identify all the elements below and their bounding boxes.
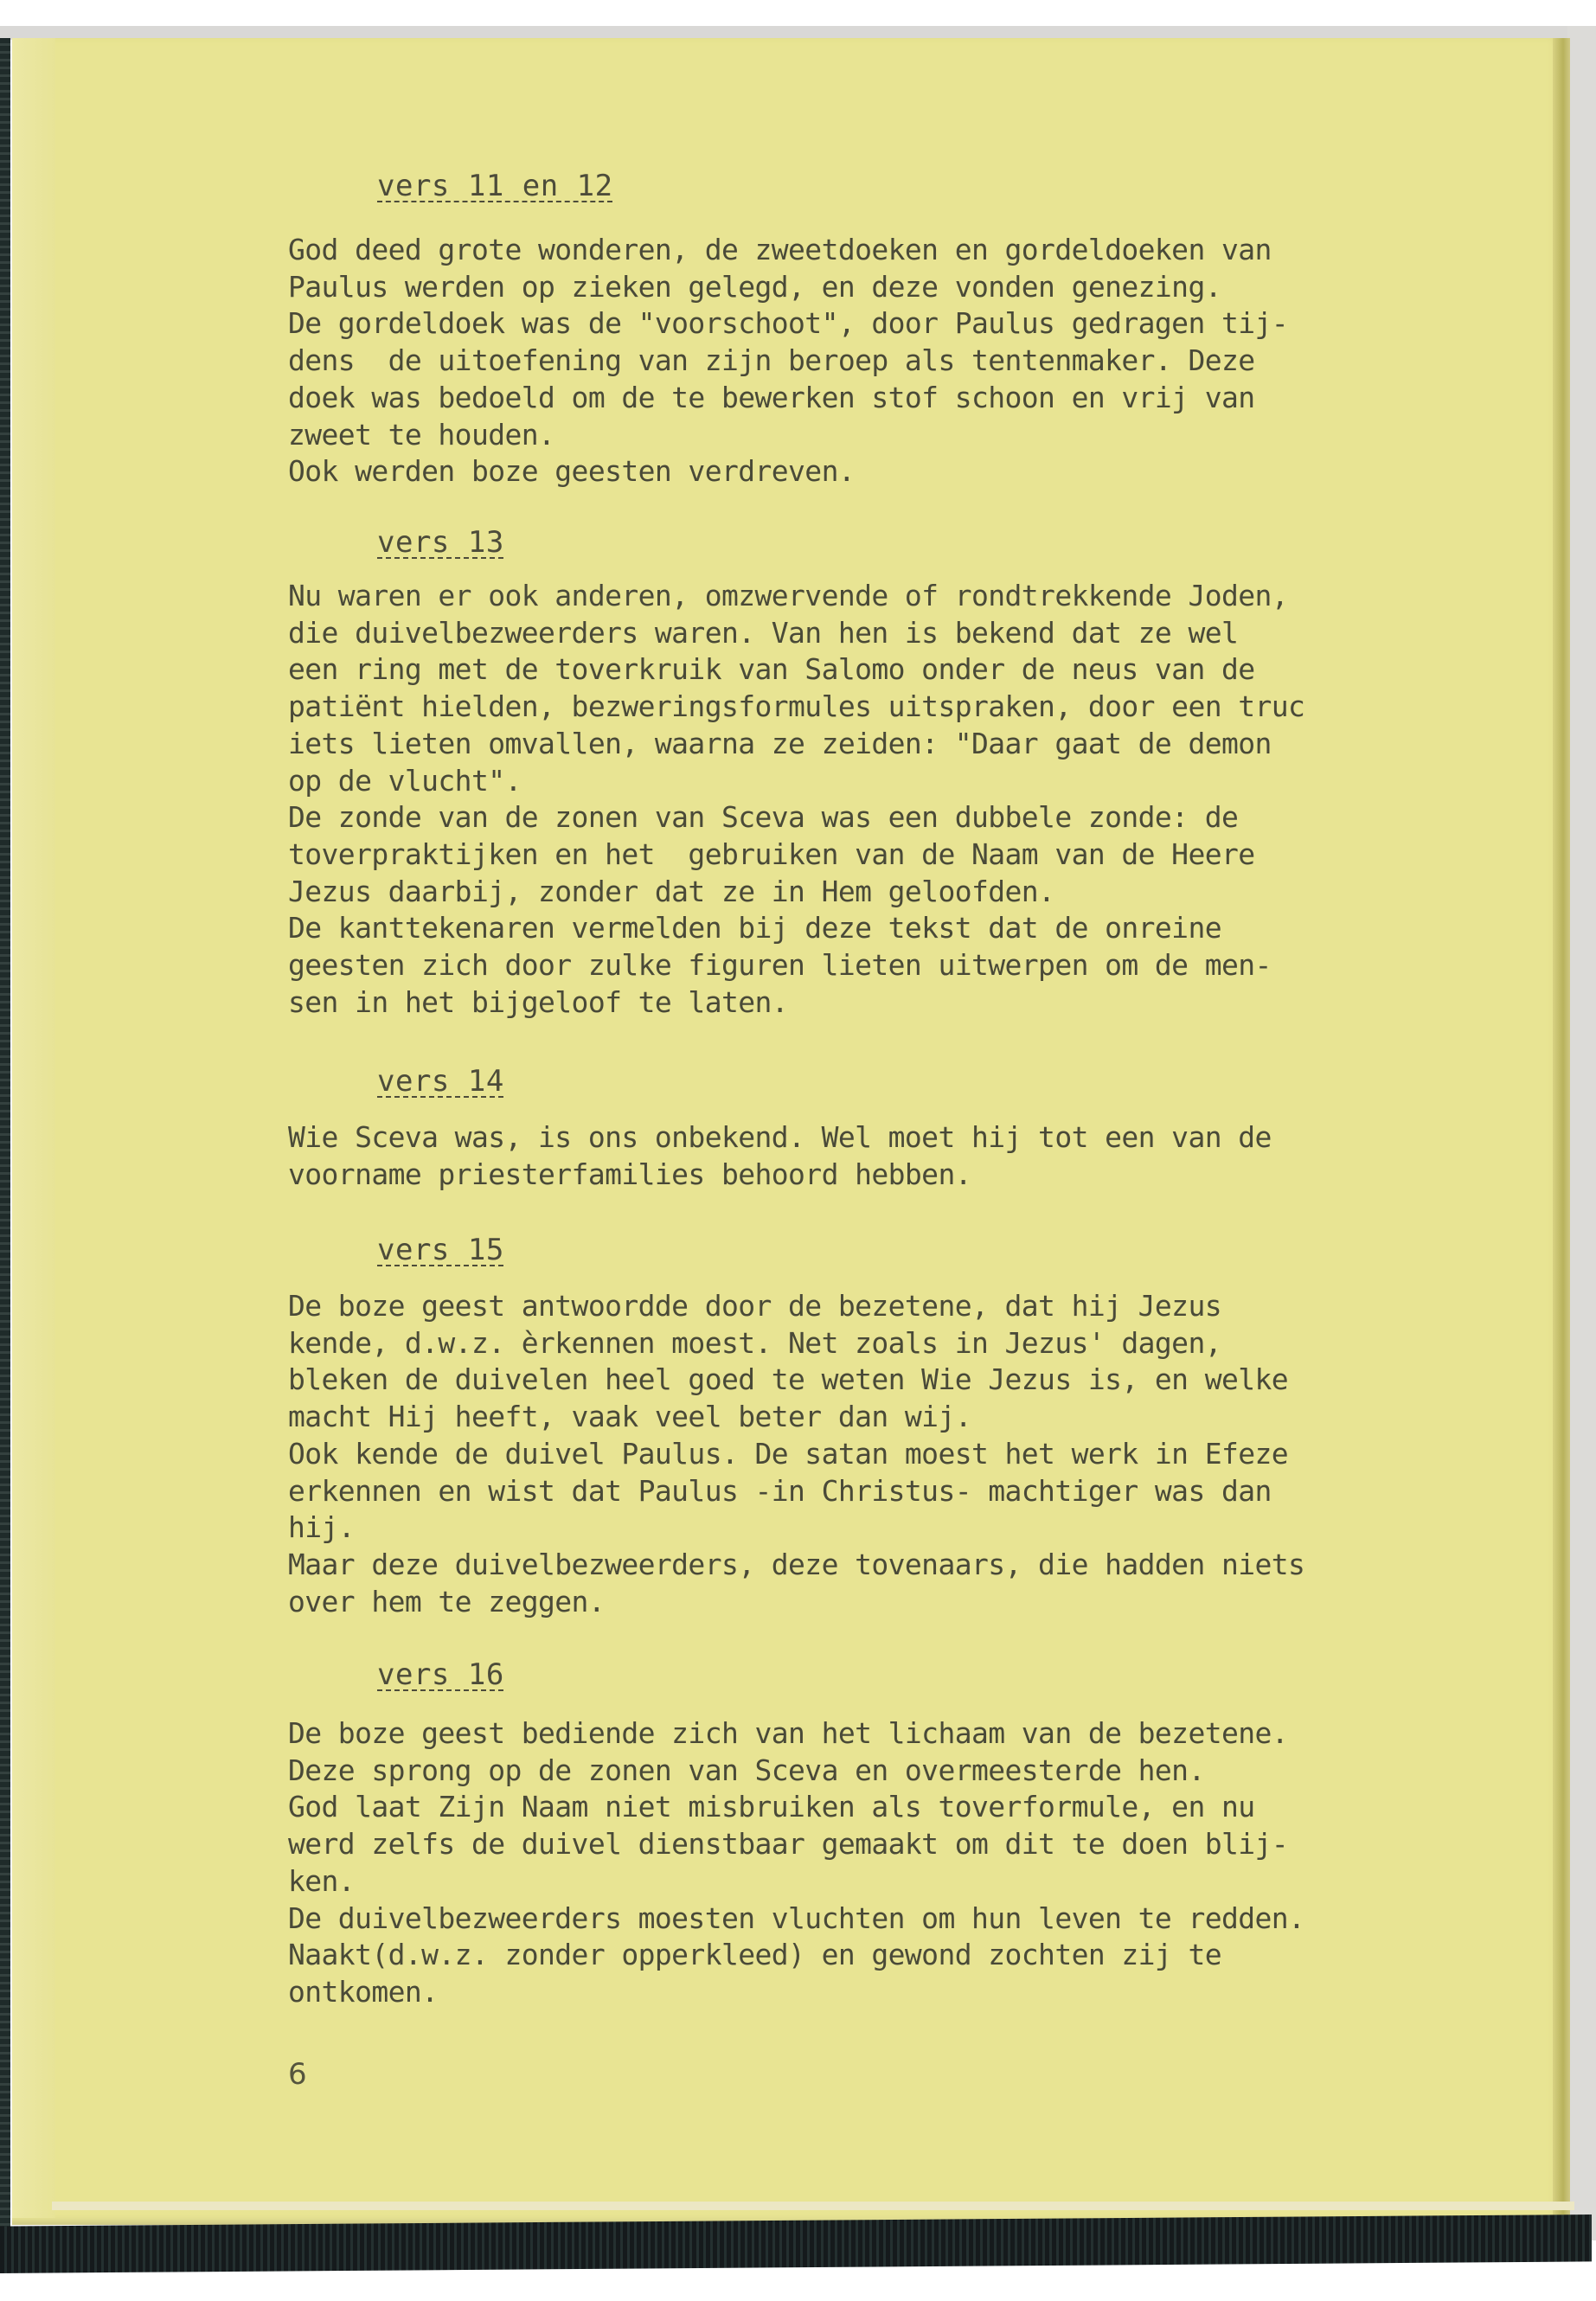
text-line: De boze geest bediende zich van het lich… bbox=[288, 1715, 1304, 1753]
text-line: ontkomen. bbox=[288, 1974, 1304, 2011]
section-body: God deed grote wonderen, de zweetdoeken … bbox=[288, 232, 1288, 490]
text-line: geesten zich door zulke figuren lieten u… bbox=[288, 947, 1304, 984]
text-line: macht Hij heeft, vaak veel beter dan wij… bbox=[288, 1399, 1304, 1436]
text-line: een ring met de toverkruik van Salomo on… bbox=[288, 651, 1304, 689]
text-line: Ook werden boze geesten verdreven. bbox=[288, 453, 1288, 490]
text-line: sen in het bijgeloof te laten. bbox=[288, 984, 1304, 1022]
text-line: hij. bbox=[288, 1509, 1304, 1547]
text-line: zweet te houden. bbox=[288, 417, 1288, 454]
text-line: patiënt hielden, bezweringsformules uits… bbox=[288, 689, 1304, 726]
text-line: voorname priesterfamilies behoord hebben… bbox=[288, 1157, 1272, 1194]
section-heading: vers 15 bbox=[377, 1233, 504, 1267]
text-line: De duivelbezweerders moesten vluchten om… bbox=[288, 1900, 1304, 1938]
page-bottom-edge bbox=[52, 2202, 1574, 2210]
section-heading: vers 13 bbox=[377, 525, 504, 560]
text-line: doek was bedoeld om de te bewerken stof … bbox=[288, 380, 1288, 417]
section-heading: vers 14 bbox=[377, 1064, 504, 1099]
binder-cover-left bbox=[0, 38, 10, 2235]
text-line: ken. bbox=[288, 1863, 1304, 1900]
text-line: God laat Zijn Naam niet misbruiken als t… bbox=[288, 1789, 1304, 1826]
page-left-margin bbox=[12, 38, 55, 2218]
text-line: De zonde van de zonen van Sceva was een … bbox=[288, 799, 1304, 836]
text-line: Naakt(d.w.z. zonder opperkleed) en gewon… bbox=[288, 1937, 1304, 1974]
text-line: die duivelbezweerders waren. Van hen is … bbox=[288, 615, 1304, 652]
scan-background-right bbox=[1567, 26, 1596, 2240]
text-line: God deed grote wonderen, de zweetdoeken … bbox=[288, 232, 1288, 269]
text-line: over hem te zeggen. bbox=[288, 1584, 1304, 1621]
section-body: Wie Sceva was, is ons onbekend. Wel moet… bbox=[288, 1119, 1272, 1193]
text-line: De kanttekenaren vermelden bij deze teks… bbox=[288, 910, 1304, 947]
text-line: kende, d.w.z. èrkennen moest. Net zoals … bbox=[288, 1325, 1304, 1362]
section-body: De boze geest antwoordde door de bezeten… bbox=[288, 1288, 1304, 1620]
text-line: dens de uitoefening van zijn beroep als … bbox=[288, 343, 1288, 380]
text-line: erkennen en wist dat Paulus -in Christus… bbox=[288, 1473, 1304, 1510]
text-line: Wie Sceva was, is ons onbekend. Wel moet… bbox=[288, 1119, 1272, 1157]
section-heading: vers 16 bbox=[377, 1657, 504, 1692]
text-line: bleken de duivelen heel goed te weten Wi… bbox=[288, 1362, 1304, 1399]
text-line: toverpraktijken en het gebruiken van de … bbox=[288, 836, 1304, 874]
text-line: De boze geest antwoordde door de bezeten… bbox=[288, 1288, 1304, 1325]
text-line: De gordeldoek was de "voorschoot", door … bbox=[288, 305, 1288, 343]
text-line: Ook kende de duivel Paulus. De satan moe… bbox=[288, 1436, 1304, 1473]
text-line: werd zelfs de duivel dienstbaar gemaakt … bbox=[288, 1826, 1304, 1863]
page-number: 6 bbox=[288, 2057, 307, 2092]
text-line: iets lieten omvallen, waarna ze zeiden: … bbox=[288, 726, 1304, 763]
section-body: De boze geest bediende zich van het lich… bbox=[288, 1715, 1304, 2011]
text-line: Jezus daarbij, zonder dat ze in Hem gelo… bbox=[288, 874, 1304, 911]
text-line: op de vlucht". bbox=[288, 763, 1304, 800]
page-right-fold bbox=[1553, 38, 1570, 2218]
text-line: Nu waren er ook anderen, omzwervende of … bbox=[288, 578, 1304, 615]
text-line: Deze sprong op de zonen van Sceva en ove… bbox=[288, 1753, 1304, 1790]
text-line: Maar deze duivelbezweerders, deze tovena… bbox=[288, 1547, 1304, 1584]
text-line: Paulus werden op zieken gelegd, en deze … bbox=[288, 269, 1288, 306]
section-heading: vers 11 en 12 bbox=[377, 169, 613, 203]
section-body: Nu waren er ook anderen, omzwervende of … bbox=[288, 578, 1304, 1021]
